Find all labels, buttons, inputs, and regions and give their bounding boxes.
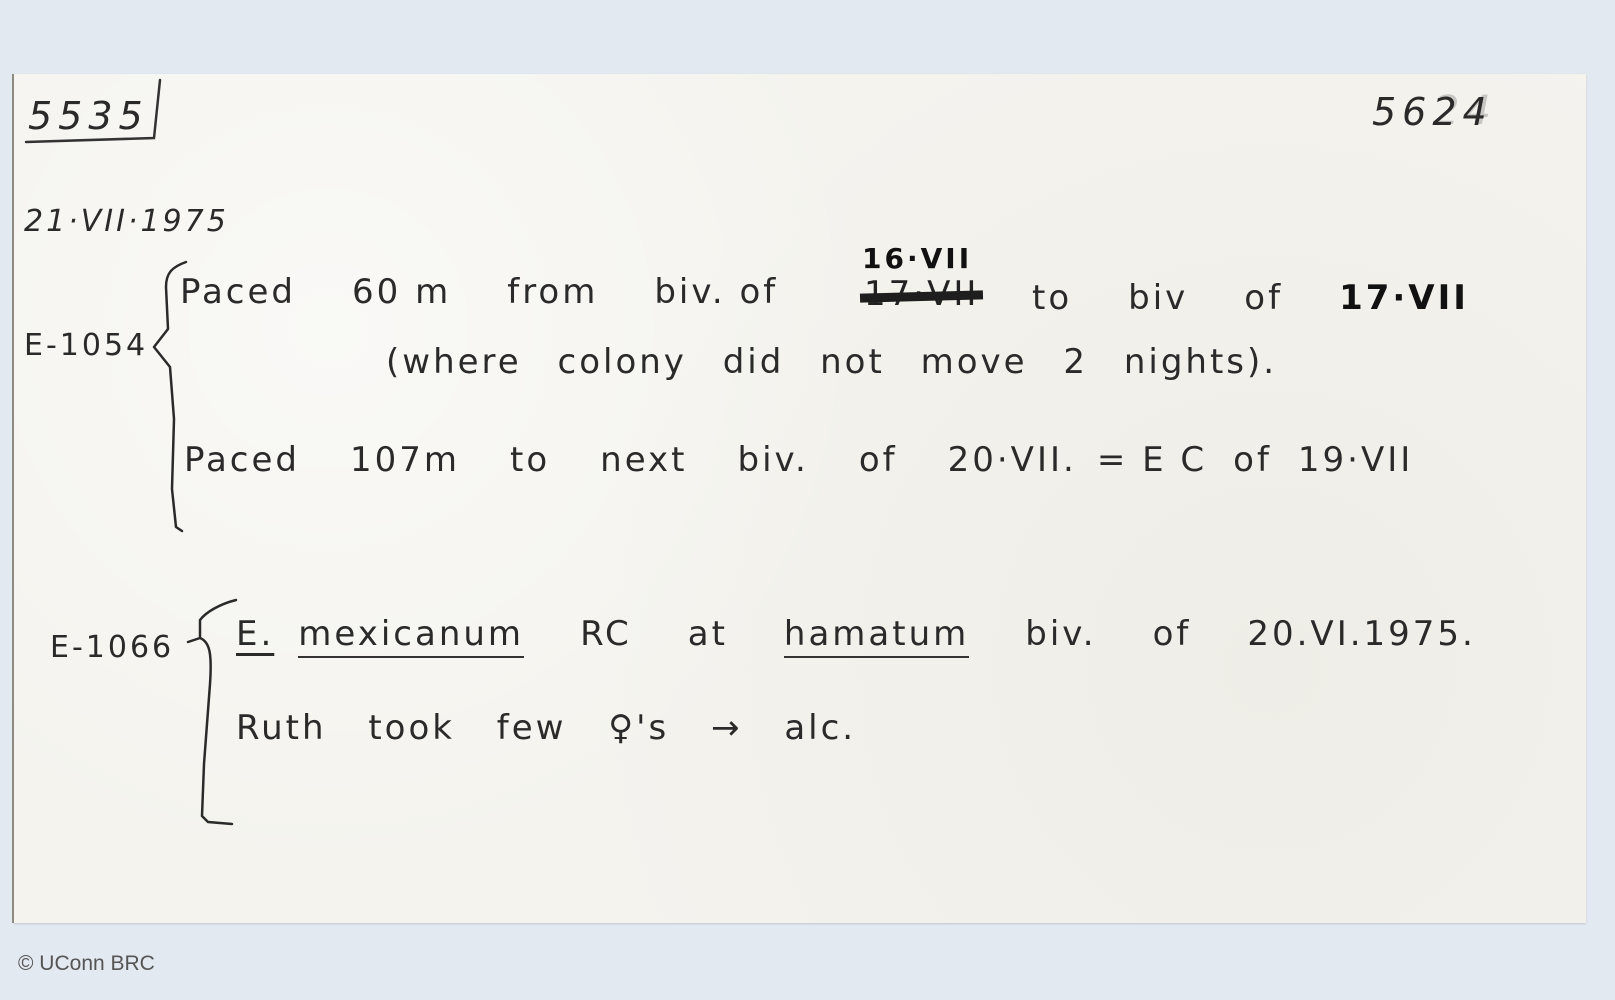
word: Paced <box>180 272 296 312</box>
word: of <box>859 440 898 480</box>
word: biv. <box>738 440 809 480</box>
word: of <box>1233 440 1272 480</box>
catalog-number-right: 5624 <box>1372 90 1493 134</box>
entry1-line1-rest: tobivof17·VII <box>1032 278 1469 318</box>
word: 19·VII <box>1298 440 1413 480</box>
word: RC <box>580 614 632 654</box>
entry2-line2: Ruth took few ♀'s → alc. <box>236 708 856 748</box>
struck-date: 17·VII <box>864 274 979 314</box>
genus-abbrev: E. <box>236 614 274 654</box>
index-card: 5535 24 5624 21·VII·1975 E-1054 Paced60 … <box>14 74 1586 923</box>
word: biv <box>1128 278 1188 318</box>
word: of <box>1153 614 1192 654</box>
entry1-line1: Paced60 mfrombiv. of <box>180 272 778 312</box>
correction-above: 16·VII <box>862 242 972 275</box>
entry2-line1: E.mexicanumRCathamatumbiv.of20.VI.1975. <box>236 614 1476 658</box>
word: = E C <box>1097 440 1207 480</box>
word: from <box>507 272 598 312</box>
struck-date-wrapper: 17·VII <box>864 274 979 314</box>
catalog-number-box <box>14 74 214 164</box>
word: Paced <box>184 440 300 480</box>
word: next <box>600 440 687 480</box>
entry1-line3: Paced107mtonextbiv.of20·VII.= E Cof19·VI… <box>184 440 1413 480</box>
word: to <box>510 440 550 480</box>
host-species: hamatum <box>784 614 969 658</box>
word: 20.VI.1975. <box>1247 614 1476 654</box>
species-name: mexicanum <box>298 614 524 658</box>
word: at <box>688 614 728 654</box>
entry-brace-e1066 <box>174 594 244 829</box>
copyright-notice: © UConn BRC <box>18 952 155 976</box>
word: of <box>1244 278 1283 318</box>
final-date: 17·VII <box>1339 278 1469 318</box>
entry1-line2: (where colony did not move 2 nights). <box>386 342 1277 382</box>
correction-date: 16·VII <box>862 242 972 275</box>
card-date: 21·VII·1975 <box>24 204 229 239</box>
entry-label-e1054: E-1054 <box>24 328 148 363</box>
word: 20·VII. <box>948 440 1077 480</box>
word: 107m <box>350 440 460 480</box>
word: biv. <box>1025 614 1096 654</box>
word: 60 m <box>352 272 451 312</box>
entry-label-e1066: E-1066 <box>50 630 174 665</box>
word: biv. of <box>654 272 778 312</box>
word: to <box>1032 278 1072 318</box>
